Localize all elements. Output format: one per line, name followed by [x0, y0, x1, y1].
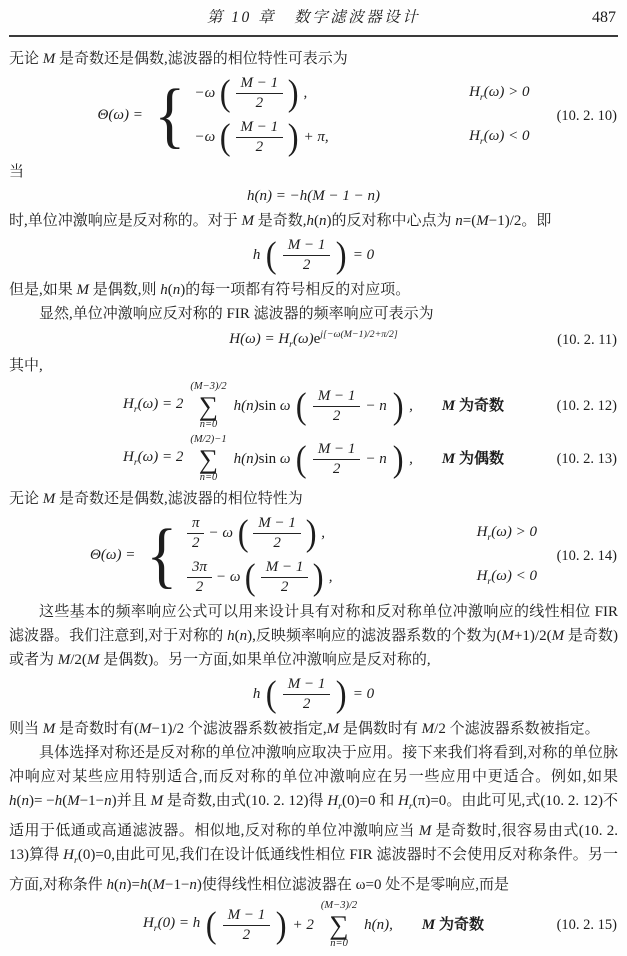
case-condition: Hr(ω) > 0	[469, 83, 529, 104]
case-condition: Hr(ω) < 0	[477, 567, 537, 588]
eq-paren-tail: − n	[365, 397, 386, 416]
fraction-numerator: M − 1	[283, 676, 331, 695]
big-right-paren: )	[393, 441, 404, 478]
big-right-paren: )	[276, 907, 287, 944]
case-post: ,	[303, 84, 307, 103]
fraction: 3π 2	[187, 559, 212, 596]
fraction: M − 1 2	[261, 559, 309, 596]
para-zedang: 则当 M 是奇数时有(M−1)/2 个滤波器系数被指定,M 是偶数时有 M/2 …	[9, 717, 618, 741]
fraction: M − 1 2	[283, 676, 331, 713]
fraction-numerator: 3π	[187, 559, 212, 578]
piecewise-cases: π 2 − ω ( M − 1 2 ) , Hr(ω) > 0 3π 2 − ω	[187, 515, 537, 596]
sigma-icon: ∑	[199, 393, 218, 419]
para-xianran: 显然,单位冲激响应反对称的 FIR 滤波器的频率响应可表示为	[9, 302, 618, 326]
para-danshi: 但是,如果 M 是偶数,则 h(n)的每一项都有符号相反的对应项。	[9, 278, 618, 302]
big-left-paren: (	[220, 75, 231, 112]
equation-number: (10. 2. 15)	[557, 913, 617, 937]
summation: (M−3)/2 ∑ n=0	[190, 381, 226, 431]
para-wulun-2: 无论 M 是奇数还是偶数,滤波器的相位特性为	[9, 487, 618, 511]
eq-mid: h(n)sin ω	[234, 450, 291, 469]
fraction: M − 1 2	[236, 75, 284, 112]
equation-10-2-13: Hr(ω) = 2 (M/2)−1 ∑ n=0 h(n)sin ω ( M − …	[9, 434, 618, 484]
equation-hn-antisymmetric: h(n) = −h(M − 1 − n)	[9, 187, 618, 206]
equation-body: h ( M − 1 2 ) = 0	[253, 237, 374, 274]
eq-condition: M 为奇数	[442, 397, 504, 416]
eq-expression: H(ω) = Hr(ω)ej[−ω(M−1)/2+π/2]	[229, 329, 397, 351]
case-condition: Hr(ω) > 0	[477, 523, 537, 544]
chapter-title: 第 10 章 数字滤波器设计	[207, 9, 420, 26]
page-header: 第 10 章 数字滤波器设计 487	[9, 6, 618, 37]
big-right-paren: )	[306, 515, 317, 552]
summation-lower-limit: n=0	[200, 419, 218, 431]
eq-lhs: Hr(0) = h	[143, 914, 200, 935]
fraction: M − 1 2	[313, 388, 361, 425]
fraction: M − 1 2	[223, 907, 271, 944]
equation-10-2-15: Hr(0) = h ( M − 1 2 ) + 2 (M−3)/2 ∑ n=0 …	[9, 900, 618, 950]
eq-post: ,	[409, 450, 413, 469]
equation-body: Θ(ω) = { π 2 − ω ( M − 1 2 ) , Hr(ω) > 0	[90, 515, 537, 596]
fraction: M − 1 2	[236, 119, 284, 156]
fraction: M − 1 2	[313, 441, 361, 478]
big-left-paren: (	[296, 388, 307, 425]
fraction-numerator: M − 1	[236, 119, 284, 138]
left-brace: {	[147, 519, 178, 592]
big-right-paren: )	[288, 75, 299, 112]
big-right-paren: )	[336, 676, 347, 713]
para-juti: 具体选择对称还是反对称的单位冲激响应取决于应用。接下来我们将看到,对称的单位脉冲…	[9, 741, 618, 897]
eq-paren-tail: − n	[365, 450, 386, 469]
fraction-denominator: 2	[256, 138, 264, 156]
eq-post: = 0	[353, 685, 374, 704]
eq-mid: h(n)sin ω	[234, 397, 291, 416]
case-condition: Hr(ω) < 0	[469, 127, 529, 148]
equation-body: h(n) = −h(M − 1 − n)	[247, 187, 380, 206]
equation-body: Hr(ω) = 2 (M−3)/2 ∑ n=0 h(n)sin ω ( M − …	[123, 381, 504, 431]
left-brace: {	[154, 79, 185, 152]
fraction-numerator: M − 1	[283, 237, 331, 256]
fraction-numerator: M − 1	[223, 907, 271, 926]
para-jiben: 这些基本的频率响应公式可以用来设计具有对称和反对称单位冲激响应的线性相位 FIR…	[9, 600, 618, 672]
big-left-paren: (	[296, 441, 307, 478]
eq-tail: h(n),	[364, 916, 393, 935]
summation: (M−3)/2 ∑ n=0	[321, 900, 357, 950]
eq-lhs: Hr(ω) = 2	[123, 448, 183, 469]
sigma-icon: ∑	[329, 912, 348, 938]
piecewise-case: 3π 2 − ω ( M − 1 2 ) , Hr(ω) < 0	[187, 559, 537, 596]
case-post: + π,	[303, 128, 328, 147]
eq-lhs: Θ(ω) =	[98, 106, 143, 125]
piecewise-case: π 2 − ω ( M − 1 2 ) , Hr(ω) > 0	[187, 515, 537, 552]
equation-number: (10. 2. 14)	[557, 544, 617, 568]
equation-number: (10. 2. 11)	[557, 328, 617, 352]
fraction-numerator: π	[187, 515, 205, 534]
fraction-denominator: 2	[256, 94, 264, 112]
case-pre: −ω	[194, 128, 215, 147]
big-left-paren: (	[220, 119, 231, 156]
eq-expression: h(n) = −h(M − 1 − n)	[247, 187, 380, 206]
summation-lower-limit: n=0	[330, 938, 348, 950]
fraction-denominator: 2	[281, 578, 289, 596]
eq-lhs: Θ(ω) =	[90, 546, 135, 565]
case-mid: − ω	[216, 568, 240, 587]
fraction-denominator: 2	[243, 926, 251, 944]
big-right-paren: )	[393, 388, 404, 425]
equation-body: Θ(ω) = { −ω ( M − 1 2 ) , Hr(ω) > 0 −ω (…	[98, 75, 530, 156]
fraction-denominator: 2	[303, 695, 311, 713]
equation-body: Hr(ω) = 2 (M/2)−1 ∑ n=0 h(n)sin ω ( M − …	[123, 434, 504, 484]
big-right-paren: )	[313, 559, 324, 596]
eq-pre: h	[253, 685, 261, 704]
eq-condition: M 为偶数	[442, 450, 504, 469]
fraction: π 2	[187, 515, 205, 552]
case-post: ,	[321, 524, 325, 543]
para-shi: 时,单位冲激响应是反对称的。对于 M 是奇数,h(n)的反对称中心点为 n=(M…	[9, 209, 618, 233]
fraction-denominator: 2	[196, 578, 204, 596]
big-left-paren: (	[238, 515, 249, 552]
equation-10-2-12: Hr(ω) = 2 (M−3)/2 ∑ n=0 h(n)sin ω ( M − …	[9, 381, 618, 431]
fraction: M − 1 2	[253, 515, 301, 552]
piecewise-case: −ω ( M − 1 2 ) , Hr(ω) > 0	[194, 75, 529, 112]
equation-10-2-14: Θ(ω) = { π 2 − ω ( M − 1 2 ) , Hr(ω) > 0	[9, 515, 618, 596]
sigma-icon: ∑	[199, 446, 218, 472]
para-phase-intro: 无论 M 是奇数还是偶数,滤波器的相位特性可表示为	[9, 47, 618, 71]
piecewise-case: −ω ( M − 1 2 ) + π, Hr(ω) < 0	[194, 119, 529, 156]
eq-pre: h	[253, 246, 261, 265]
case-mid: − ω	[208, 524, 232, 543]
big-left-paren: (	[245, 559, 256, 596]
equation-number: (10. 2. 12)	[557, 394, 617, 418]
fraction-denominator: 2	[303, 256, 311, 274]
fraction-denominator: 2	[192, 534, 200, 552]
equation-10-2-11: H(ω) = Hr(ω)ej[−ω(M−1)/2+π/2] (10. 2. 11…	[9, 329, 618, 351]
equation-number: (10. 2. 10)	[557, 104, 617, 128]
big-right-paren: )	[336, 237, 347, 274]
equation-body: h ( M − 1 2 ) = 0	[253, 676, 374, 713]
big-left-paren: (	[266, 237, 277, 274]
fraction-denominator: 2	[273, 534, 281, 552]
fraction-denominator: 2	[333, 460, 341, 478]
para-qizhong: 其中,	[9, 354, 618, 378]
case-post: ,	[329, 568, 333, 587]
case-pre: −ω	[194, 84, 215, 103]
equation-number: (10. 2. 13)	[557, 447, 617, 471]
equation-h-center-zero-a: h ( M − 1 2 ) = 0	[9, 237, 618, 274]
equation-h-center-zero-b: h ( M − 1 2 ) = 0	[9, 676, 618, 713]
fraction-numerator: M − 1	[313, 441, 361, 460]
fraction-denominator: 2	[333, 407, 341, 425]
equation-body: Hr(0) = h ( M − 1 2 ) + 2 (M−3)/2 ∑ n=0 …	[143, 900, 484, 950]
fraction: M − 1 2	[283, 237, 331, 274]
big-right-paren: )	[288, 119, 299, 156]
big-left-paren: (	[266, 676, 277, 713]
piecewise-cases: −ω ( M − 1 2 ) , Hr(ω) > 0 −ω ( M − 1 2 …	[194, 75, 529, 156]
fraction-numerator: M − 1	[313, 388, 361, 407]
fraction-numerator: M − 1	[261, 559, 309, 578]
fraction-numerator: M − 1	[253, 515, 301, 534]
fraction-numerator: M − 1	[236, 75, 284, 94]
equation-10-2-10: Θ(ω) = { −ω ( M − 1 2 ) , Hr(ω) > 0 −ω (…	[9, 75, 618, 156]
summation-lower-limit: n=0	[200, 472, 218, 484]
summation: (M/2)−1 ∑ n=0	[190, 434, 226, 484]
eq-post: = 0	[353, 246, 374, 265]
eq-lhs: Hr(ω) = 2	[123, 395, 183, 416]
eq-mid: + 2	[293, 916, 314, 935]
big-left-paren: (	[206, 907, 217, 944]
eq-post: ,	[409, 397, 413, 416]
eq-condition: M 为奇数	[422, 916, 484, 935]
equation-body: H(ω) = Hr(ω)ej[−ω(M−1)/2+π/2]	[229, 329, 397, 351]
page-number: 487	[592, 6, 616, 30]
para-dang: 当	[9, 160, 618, 184]
